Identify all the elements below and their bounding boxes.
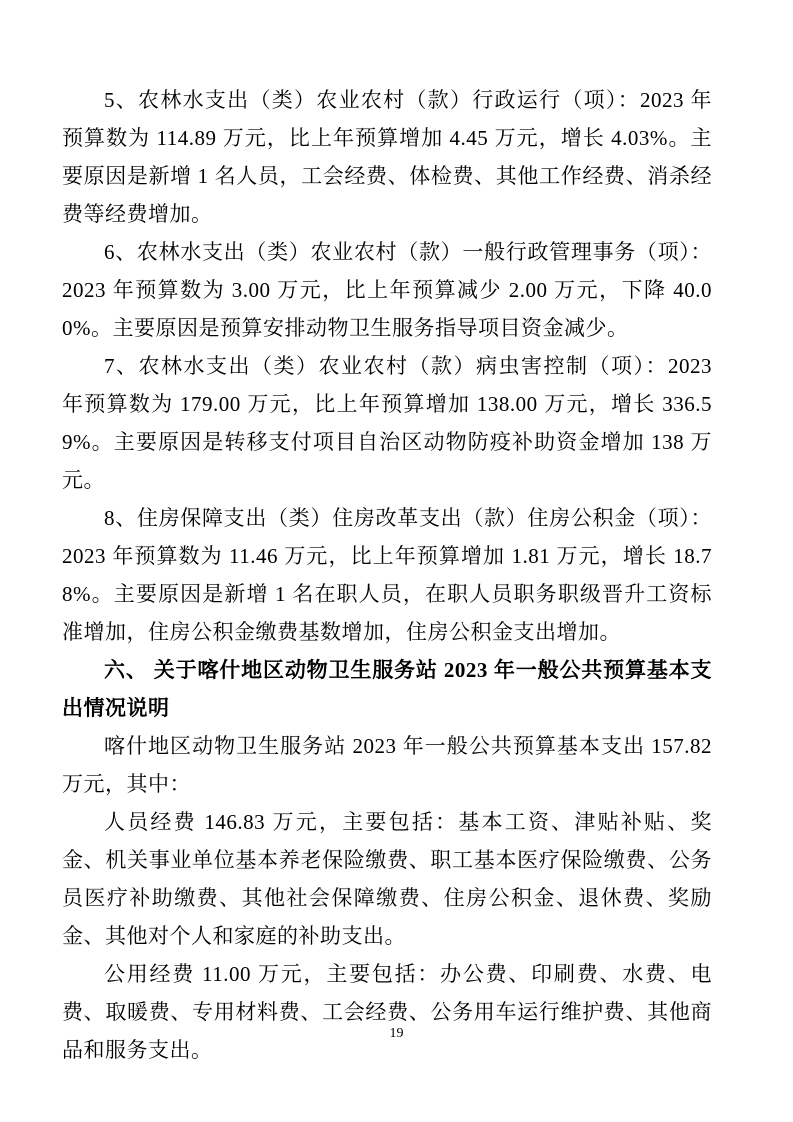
paragraph-item-6: 6、农林水支出（类）农业农村（款）一般行政管理事务（项）：2023 年预算数为 … [62, 233, 712, 347]
paragraph-total-basic-expenditure: 喀什地区动物卫生服务站 2023 年一般公共预算基本支出 157.82 万元，其… [62, 727, 712, 803]
document-body: 5、农林水支出（类）农业农村（款）行政运行（项）：2023 年预算数为 114.… [62, 81, 712, 1069]
paragraph-public-expenses: 公用经费 11.00 万元，主要包括：办公费、印刷费、水费、电费、取暖费、专用材… [62, 955, 712, 1069]
document-page: 5、农林水支出（类）农业农村（款）行政运行（项）：2023 年预算数为 114.… [0, 0, 793, 1122]
section-heading: 六、 关于喀什地区动物卫生服务站 2023 年一般公共预算基本支出情况说明 [62, 651, 712, 727]
paragraph-item-7: 7、农林水支出（类）农业农村（款）病虫害控制（项）：2023 年预算数为 179… [62, 347, 712, 499]
paragraph-item-8: 8、住房保障支出（类）住房改革支出（款）住房公积金（项）：2023 年预算数为 … [62, 499, 712, 651]
page-footer: 19 [0, 1024, 793, 1044]
paragraph-personnel-expenses: 人员经费 146.83 万元，主要包括：基本工资、津贴补贴、奖金、机关事业单位基… [62, 803, 712, 955]
paragraph-item-5: 5、农林水支出（类）农业农村（款）行政运行（项）：2023 年预算数为 114.… [62, 81, 712, 233]
page-number: 19 [390, 1026, 404, 1041]
